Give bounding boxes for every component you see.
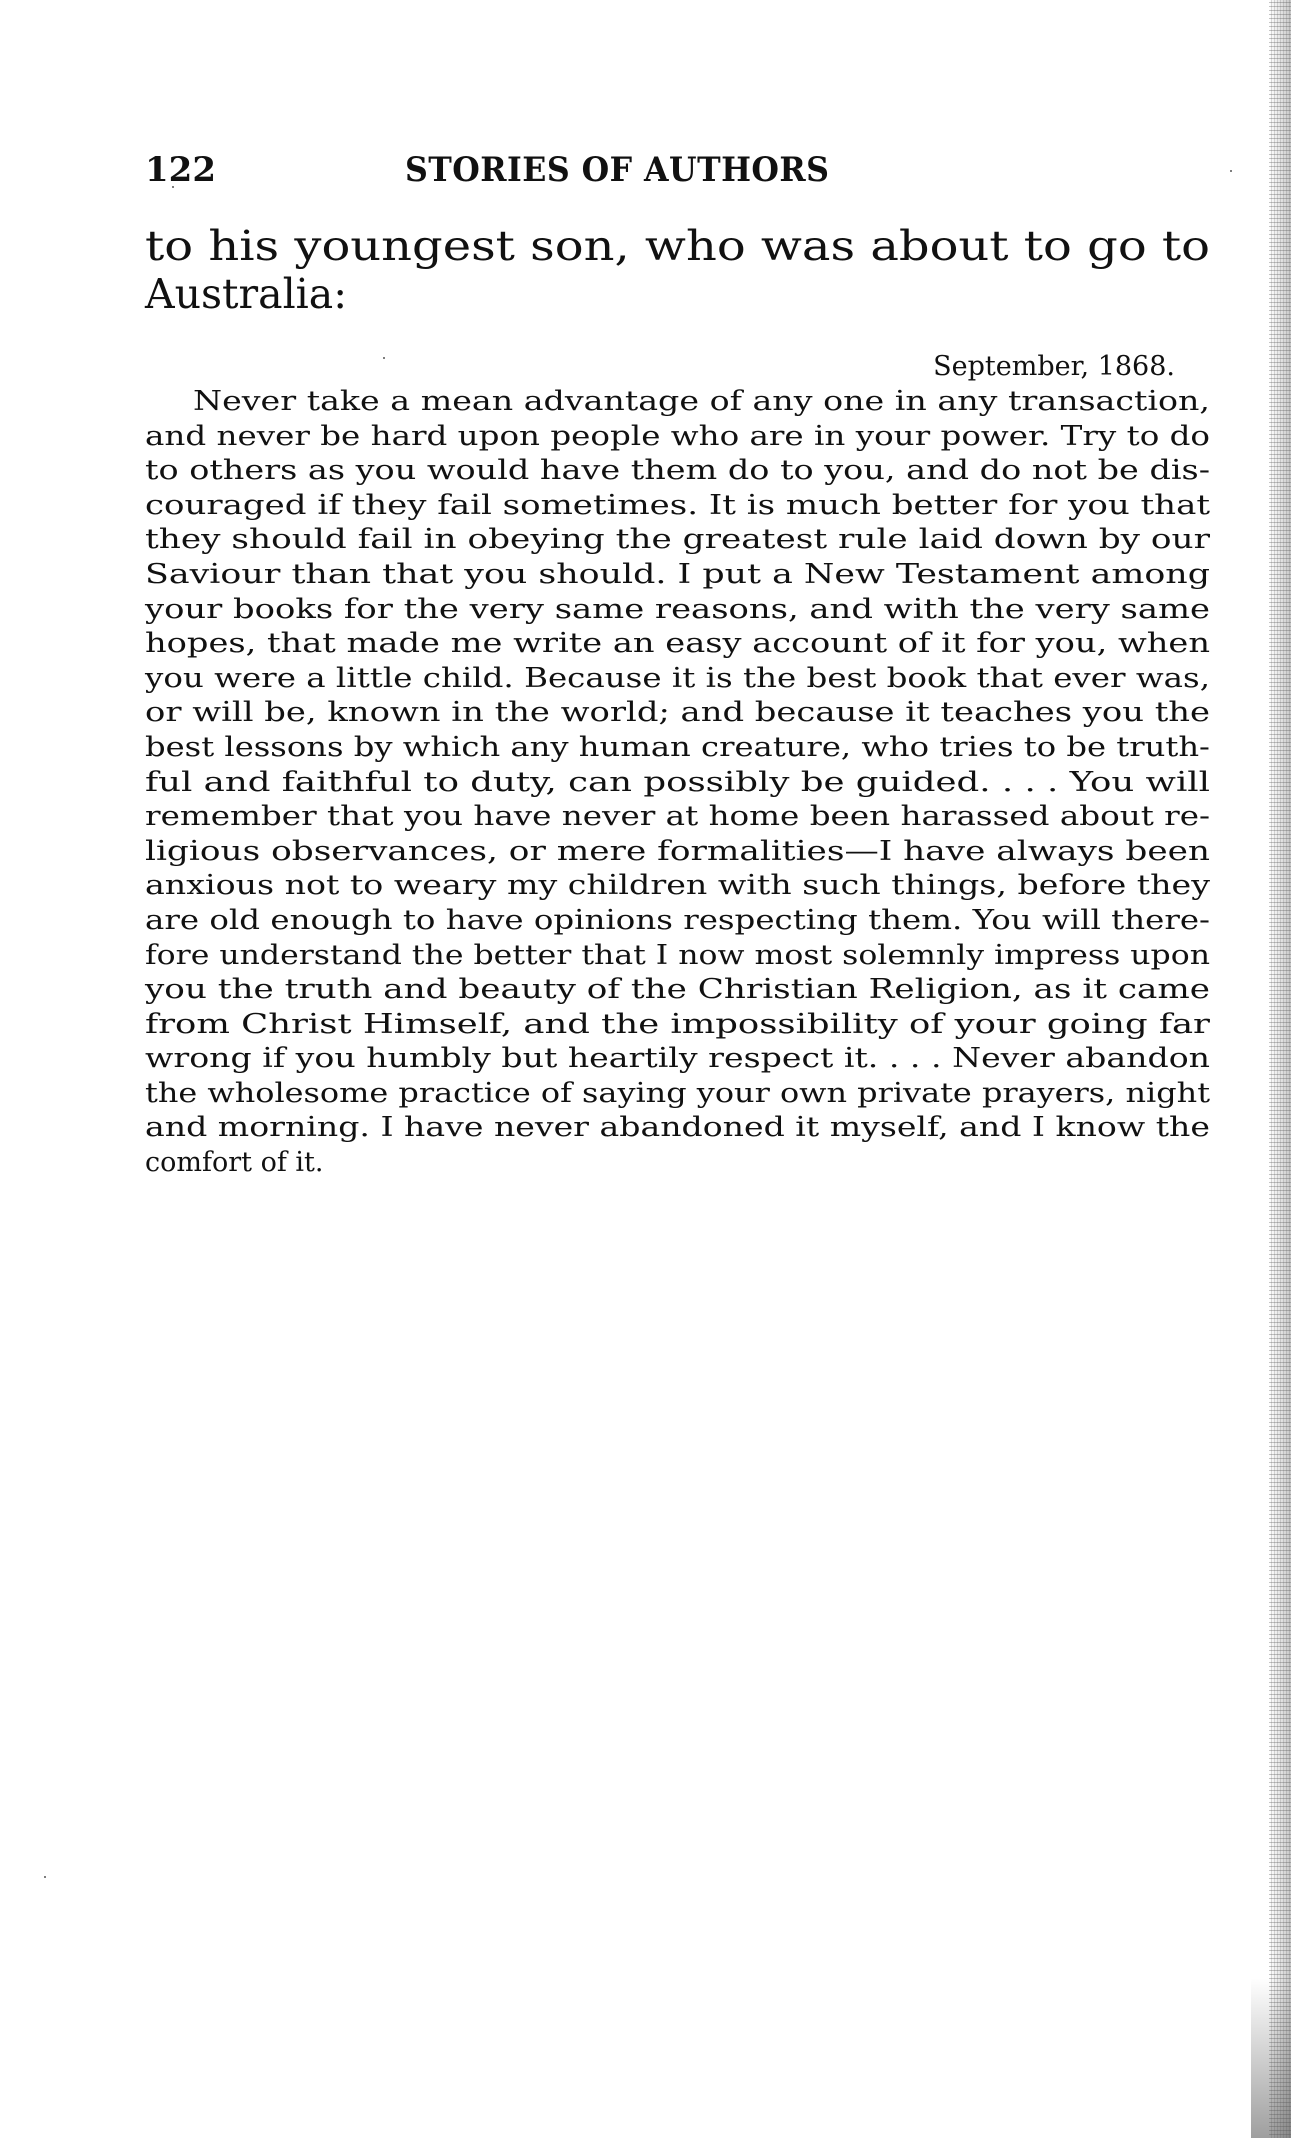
- body-line: best lessons by which any human creature…: [145, 731, 1210, 766]
- body-line-text: Never take a mean advantage of any one i…: [193, 385, 1210, 420]
- body-line: couraged if they fail sometimes. It is m…: [145, 489, 1210, 524]
- scan-speck: [172, 186, 174, 188]
- letter-date: September, 1868.: [933, 350, 1175, 384]
- body-line: comfort of it.: [145, 1146, 1210, 1181]
- body-line-text: ful and faithful to duty, can possibly b…: [145, 766, 1210, 801]
- body-line-text: remember that you have never at home bee…: [145, 800, 1210, 835]
- body-line: remember that you have never at home bee…: [145, 800, 1210, 835]
- letter-body: Never take a mean advantage of any one i…: [145, 385, 1210, 1181]
- body-line: to others as you would have them do to y…: [145, 454, 1210, 489]
- body-line: the wholesome practice of saying your ow…: [145, 1077, 1210, 1112]
- scan-speck: [1230, 170, 1232, 172]
- body-line: or will be, known in the world; and beca…: [145, 696, 1210, 731]
- intro-line-2: Australia:: [145, 270, 347, 318]
- body-line-text: to others as you would have them do to y…: [145, 454, 1210, 489]
- scan-speck: [383, 357, 385, 359]
- body-line-text: or will be, known in the world; and beca…: [145, 696, 1210, 731]
- body-line-text: Saviour than that you should. I put a Ne…: [145, 558, 1210, 593]
- body-line: Saviour than that you should. I put a Ne…: [145, 558, 1210, 593]
- body-line-text: your books for the very same reasons, an…: [145, 593, 1210, 628]
- body-line: ligious observances, or mere formalities…: [145, 835, 1210, 870]
- body-line-text: and morning. I have never abandoned it m…: [145, 1111, 1210, 1146]
- body-line-text: wrong if you humbly but heartily respect…: [145, 1042, 1210, 1077]
- running-head: 122 STORIES OF AUTHORS: [145, 150, 1210, 200]
- body-line: ful and faithful to duty, can possibly b…: [145, 766, 1210, 801]
- body-line-text: they should fail in obeying the greatest…: [145, 523, 1210, 558]
- body-line: and morning. I have never abandoned it m…: [145, 1111, 1210, 1146]
- body-line: Never take a mean advantage of any one i…: [145, 385, 1210, 420]
- body-line-text: you were a little child. Because it is t…: [145, 662, 1210, 697]
- body-line: hopes, that made me write an easy accoun…: [145, 627, 1210, 662]
- body-line: fore understand the better that I now mo…: [145, 939, 1210, 974]
- running-title: STORIES OF AUTHORS: [405, 150, 829, 190]
- body-line: from Christ Himself, and the impossibili…: [145, 1008, 1210, 1043]
- body-line: are old enough to have opinions respecti…: [145, 904, 1210, 939]
- body-line: they should fail in obeying the greatest…: [145, 523, 1210, 558]
- body-line-text: best lessons by which any human creature…: [145, 731, 1210, 766]
- body-line-text: couraged if they fail sometimes. It is m…: [145, 489, 1210, 524]
- body-line-text: fore understand the better that I now mo…: [145, 939, 1210, 974]
- page-binding-shadow: [1251, 1978, 1291, 2138]
- intro-line-1-text: to his youngest son, who was about to go…: [145, 222, 1210, 270]
- body-line: you the truth and beauty of the Christia…: [145, 973, 1210, 1008]
- body-line: you were a little child. Because it is t…: [145, 662, 1210, 697]
- body-line-text: are old enough to have opinions respecti…: [145, 904, 1210, 939]
- body-line: anxious not to weary my children with su…: [145, 869, 1210, 904]
- page-binding-edge: [1269, 0, 1291, 2138]
- scan-speck: [44, 1876, 46, 1878]
- body-line-text: anxious not to weary my children with su…: [145, 869, 1210, 904]
- page-number: 122: [145, 150, 216, 190]
- body-line-text: and never be hard upon people who are in…: [145, 420, 1210, 455]
- body-line-text: you the truth and beauty of the Christia…: [145, 973, 1210, 1008]
- body-line-text: from Christ Himself, and the impossibili…: [145, 1008, 1210, 1043]
- body-line: your books for the very same reasons, an…: [145, 593, 1210, 628]
- book-page: 122 STORIES OF AUTHORS to his youngest s…: [0, 0, 1291, 2138]
- body-line-text: ligious observances, or mere formalities…: [145, 835, 1210, 870]
- body-line: wrong if you humbly but heartily respect…: [145, 1042, 1210, 1077]
- body-line-text: the wholesome practice of saying your ow…: [145, 1077, 1210, 1112]
- body-line-text: hopes, that made me write an easy accoun…: [145, 627, 1210, 662]
- body-line: and never be hard upon people who are in…: [145, 420, 1210, 455]
- intro-line-1: to his youngest son, who was about to go…: [145, 222, 1210, 270]
